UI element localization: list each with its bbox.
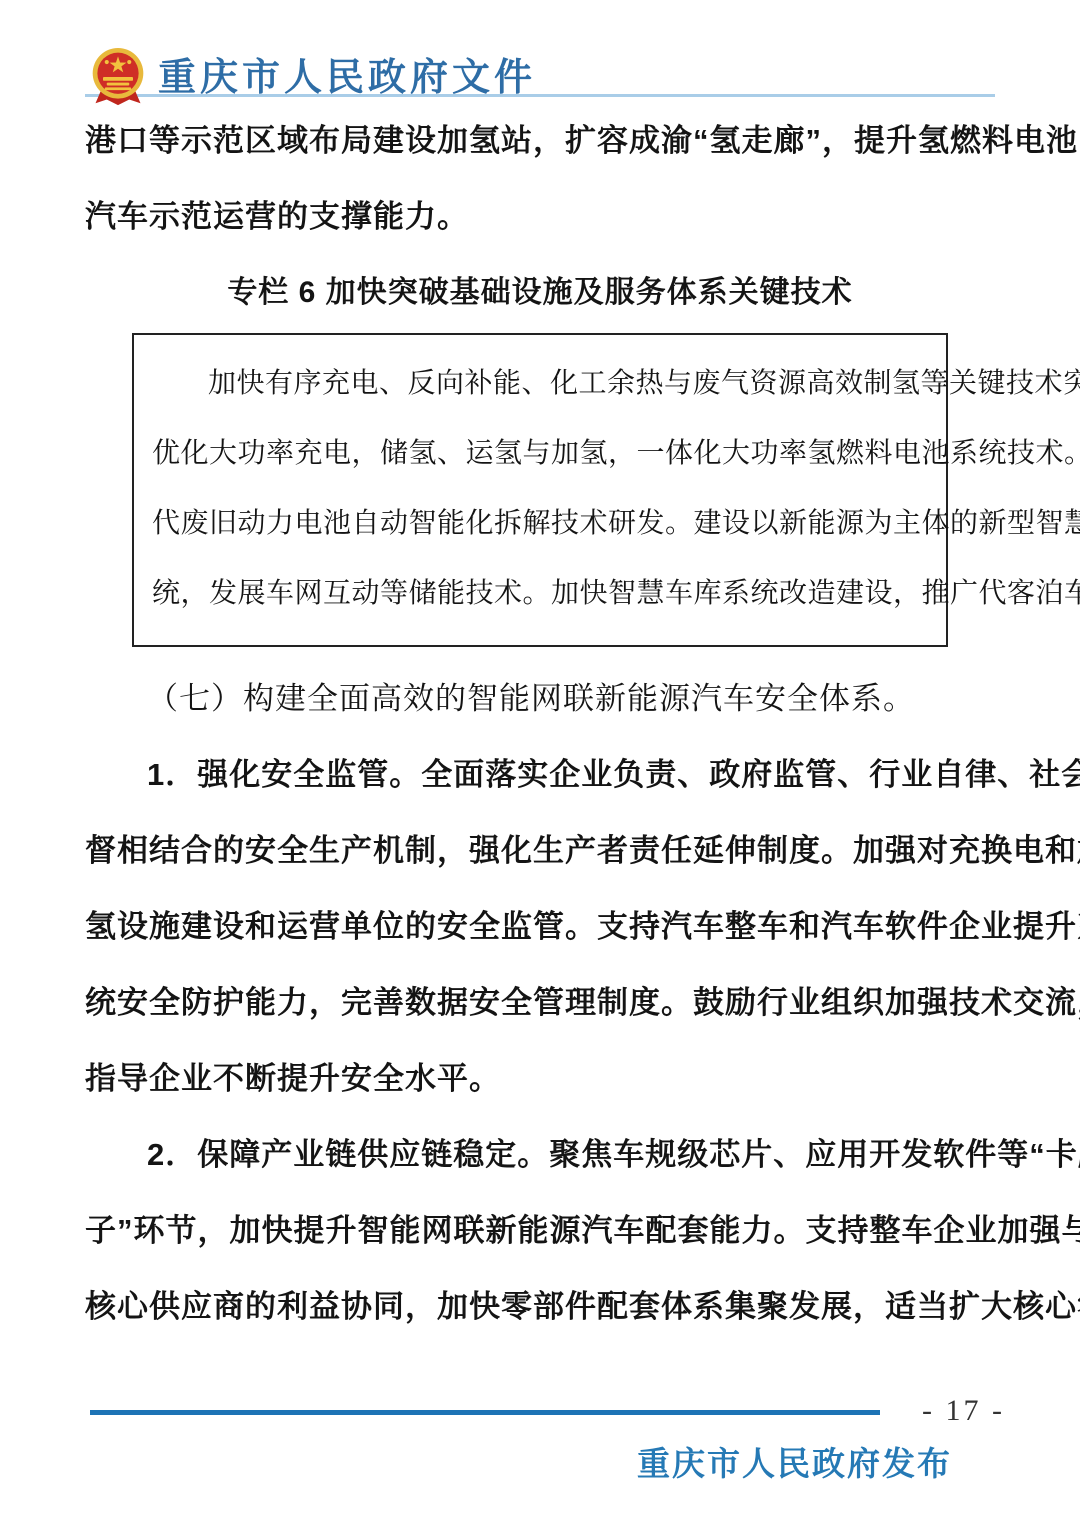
page-number: - 17 - (922, 1394, 1005, 1428)
document-header-title: 重庆市人民政府文件 (158, 46, 536, 101)
document-body: 港口等示范区域布局建设加氢站，扩容成渝“氢走廊”，提升氢燃料电池 汽车示范运营的… (0, 103, 1080, 1345)
document-header: 重庆市人民政府文件 (0, 0, 1080, 97)
paragraph-continuation: 港口等示范区域布局建设加氢站，扩容成渝“氢走廊”，提升氢燃料电池 汽车示范运营的… (85, 103, 995, 255)
text-line: 子”环节，加快提升智能网联新能源汽车配套能力。支持整车企业加强与 (85, 1193, 995, 1269)
footer-divider (90, 1410, 880, 1415)
text-line: 1．强化安全监管。全面落实企业负责、政府监管、行业自律、社会监 (85, 737, 995, 813)
box-text-line: 代废旧动力电池自动智能化拆解技术研发。建设以新能源为主体的新型智慧电力系 (152, 489, 928, 559)
text-line: 氢设施建设和运营单位的安全监管。支持汽车整车和汽车软件企业提升系 (85, 889, 995, 965)
text-line: 统安全防护能力，完善数据安全管理制度。鼓励行业组织加强技术交流， (85, 965, 995, 1041)
national-emblem-icon (88, 45, 148, 109)
column-box: 加快有序充电、反向补能、化工余热与废气资源高效制氢等关键技术突破，提升 优化大功… (132, 333, 948, 647)
publisher-label: 重庆市人民政府发布 (637, 1438, 952, 1485)
section-heading: （七）构建全面高效的智能网联新能源汽车安全体系。 (85, 661, 995, 737)
paragraph-1: 1．强化安全监管。全面落实企业负责、政府监管、行业自律、社会监 督相结合的安全生… (85, 737, 995, 1117)
text-line: 汽车示范运营的支撑能力。 (85, 179, 995, 255)
text-line: 2．保障产业链供应链稳定。聚焦车规级芯片、应用开发软件等“卡脖 (85, 1117, 995, 1193)
text-line: 指导企业不断提升安全水平。 (85, 1041, 995, 1117)
text-line: 港口等示范区域布局建设加氢站，扩容成渝“氢走廊”，提升氢燃料电池 (85, 103, 995, 179)
document-page: 重庆市人民政府文件 港口等示范区域布局建设加氢站，扩容成渝“氢走廊”，提升氢燃料… (0, 0, 1080, 1527)
box-text-line: 优化大功率充电，储氢、运氢与加氢，一体化大功率氢燃料电池系统技术。开展新一 (152, 419, 928, 489)
column-box-title: 专栏 6 加快突破基础设施及服务体系关键技术 (85, 263, 995, 323)
box-text-line: 加快有序充电、反向补能、化工余热与废气资源高效制氢等关键技术突破，提升 (152, 349, 928, 419)
text-line: 核心供应商的利益协同，加快零部件配套体系集聚发展，适当扩大核心零 (85, 1269, 995, 1345)
box-text-line: 统，发展车网互动等储能技术。加快智慧车库系统改造建设，推广代客泊车技术应用。 (152, 559, 928, 629)
text-line: 督相结合的安全生产机制，强化生产者责任延伸制度。加强对充换电和加 (85, 813, 995, 889)
paragraph-2: 2．保障产业链供应链稳定。聚焦车规级芯片、应用开发软件等“卡脖 子”环节，加快提… (85, 1117, 995, 1345)
